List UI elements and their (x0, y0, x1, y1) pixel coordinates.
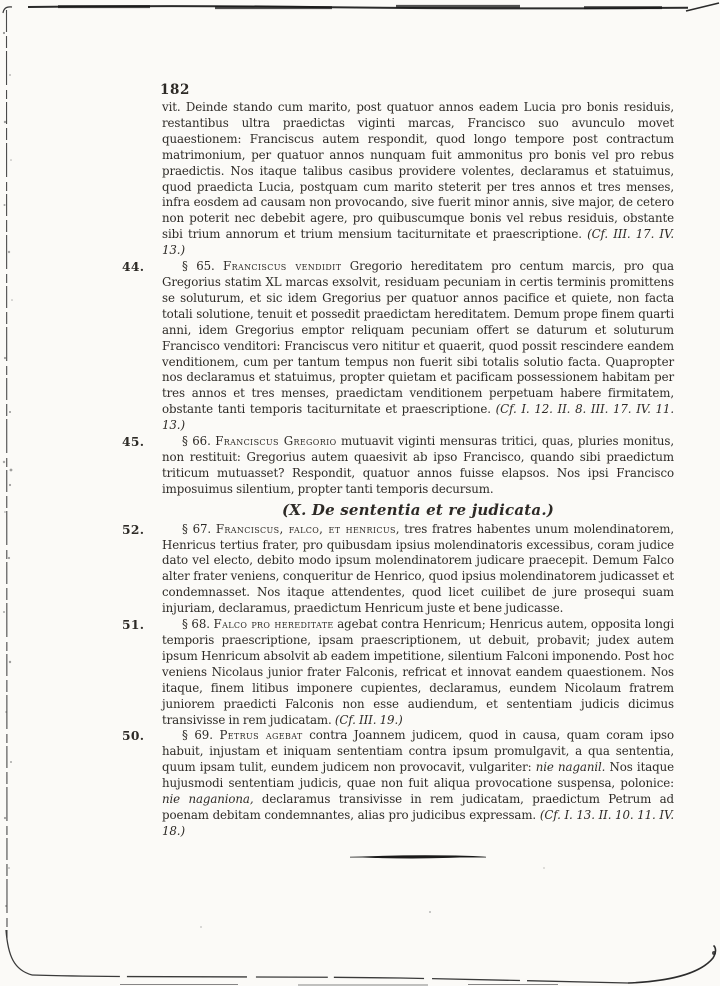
paragraph: 45.§ 66. Franciscus Gregorio mutuavit vi… (162, 434, 674, 498)
text-run: Franciscus vendidit (223, 259, 341, 273)
section-heading: (X. De sententia et re judicata.) (162, 501, 674, 520)
text-run: nie naganil. (536, 760, 606, 774)
margin-number: 52. (122, 522, 144, 538)
text-run: agebat contra Henricum; Henricus autem, … (162, 617, 674, 726)
paragraph: vit. Deinde stando cum marito, post quat… (162, 100, 674, 259)
text-run: § 68. (182, 617, 214, 631)
text-run: Gregorio hereditatem pro centum marcis, … (162, 259, 674, 416)
text-run: § 66. (182, 434, 215, 448)
paragraph: 44.§ 65. Franciscus vendidit Gregorio he… (162, 259, 674, 434)
text-run: § 67. (182, 522, 216, 536)
page-number: 182 (160, 82, 190, 98)
paragraph: 50.§ 69. Petrus agebat contra Joannem ju… (162, 728, 674, 839)
text-run: Franciscus Gregorio (215, 434, 336, 448)
scanned-book-page: 182 vit. Deinde stando cum marito, post … (0, 0, 720, 986)
paragraph: 51.§ 68. Falco pro hereditate agebat con… (162, 617, 674, 728)
scan-edge-bottom-icon (6, 867, 716, 985)
text-column: vit. Deinde stando cum marito, post quat… (162, 100, 674, 840)
text-run: Falco pro hereditate (214, 617, 334, 631)
text-run: § 69. (182, 728, 219, 742)
text-run: § 65. (182, 259, 223, 273)
text-run: nie naganiona, (162, 792, 254, 806)
text-run: vit. Deinde stando cum marito, post quat… (162, 100, 674, 241)
page-content: vit. Deinde stando cum marito, post quat… (162, 100, 674, 861)
tapered-rule-icon (348, 853, 488, 861)
scan-edge-left-icon (3, 10, 13, 938)
paragraph: 52.§ 67. Franciscus, falco, et henricus,… (162, 522, 674, 617)
margin-number: 45. (122, 434, 144, 450)
text-run: Franciscus, falco, et henricus (216, 522, 396, 536)
scan-edge-top-icon (3, 3, 719, 13)
section-divider (162, 853, 674, 861)
text-run: (Cf. III. 19.) (335, 713, 403, 727)
margin-number: 44. (122, 259, 144, 275)
margin-number: 50. (122, 728, 144, 744)
margin-number: 51. (122, 617, 144, 633)
text-run: Petrus agebat (219, 728, 302, 742)
